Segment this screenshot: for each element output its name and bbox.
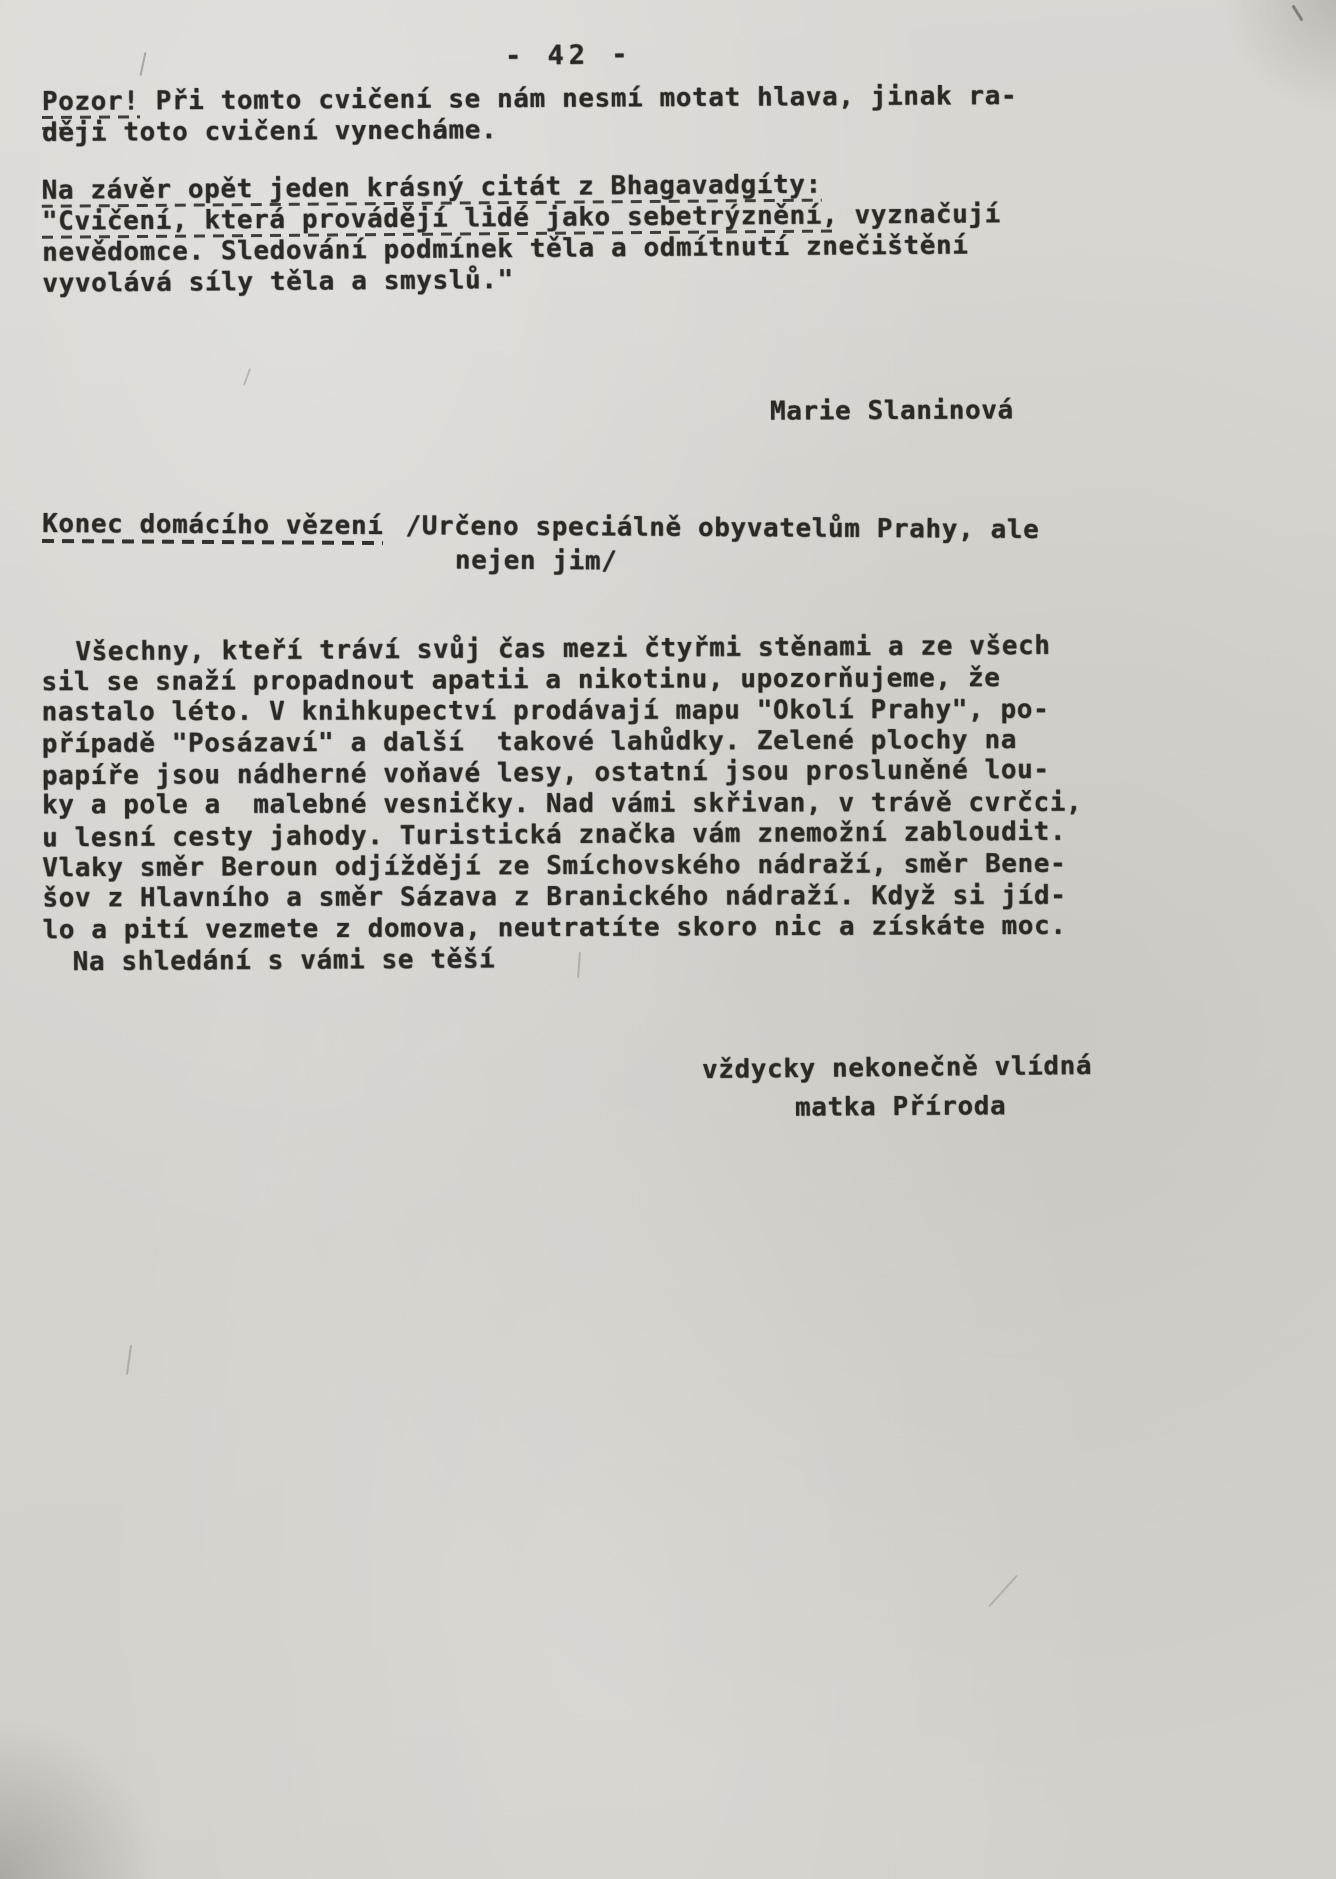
intro-paragraph: Pozor! Při tomto cvičení se nám nesmí mo… [42, 81, 1018, 149]
paragraph-line: ky a pole a malebné vesničky. Nad vámi s… [42, 788, 1082, 822]
section-subtitle: /Určeno speciálně obyvatelům Prahy, ale [405, 511, 1039, 546]
paragraph-line: šov z Hlavního a směr Sázava z Branickéh… [42, 881, 1082, 915]
line-text: Při tomto cvičení se nám nesmí motat hla… [139, 81, 1017, 116]
paragraph-line: Vlaky směr Beroun odjíždějí ze Smíchovsk… [42, 849, 1082, 885]
section-heading: Konec domácího vězení /Určeno speciálně … [42, 509, 1040, 580]
section-title: Konec domácího vězení [42, 509, 384, 545]
paper-speck [243, 368, 251, 386]
quote-paragraph: Na závěr opět jeden krásný citát z Bhaga… [42, 168, 1002, 300]
section-subtitle-line2: nejen jim/ [42, 543, 1039, 580]
paper-speck [126, 1345, 132, 1375]
paragraph-line: Pozor! Při tomto cvičení se nám nesmí mo… [42, 81, 1017, 118]
emphasized-word: Pozor! [42, 86, 140, 120]
paper-speck [988, 1575, 1018, 1608]
body-paragraph: Všechny, kteří tráví svůj čas mezi čtyřm… [41, 632, 1083, 978]
closing-signature: matka Příroda [795, 1091, 1007, 1122]
closing-line: vždycky nekonečně vlídná [702, 1051, 1092, 1085]
document-page: - 42 - Pozor! Při tomto cvičení se nám n… [0, 0, 1336, 1879]
page-number: - 42 - [505, 39, 633, 72]
line-text: toto cvičení vynecháme. [107, 115, 497, 147]
paragraph-line: sil se snaží propadnout apatii a nikotin… [41, 663, 1081, 699]
paragraph-line: nastalo léto. V knihkupectví prodávají m… [42, 695, 1082, 729]
paragraph-line: ději toto cvičení vynecháme. [42, 112, 1017, 149]
paper-speck [1291, 5, 1303, 22]
line-text: vyznačují [838, 199, 1001, 230]
paragraph-line: Na shledání s vámi se těší [43, 941, 1083, 979]
quote-author: Marie Slaninová [770, 395, 1014, 426]
paragraph-line: papíře jsou nádherné voňavé lesy, ostatn… [42, 755, 1082, 793]
paragraph-line: vyvolává síly těla a smyslů." [42, 261, 1001, 300]
emphasized-word: ději [42, 118, 107, 148]
paper-speck [140, 52, 147, 76]
